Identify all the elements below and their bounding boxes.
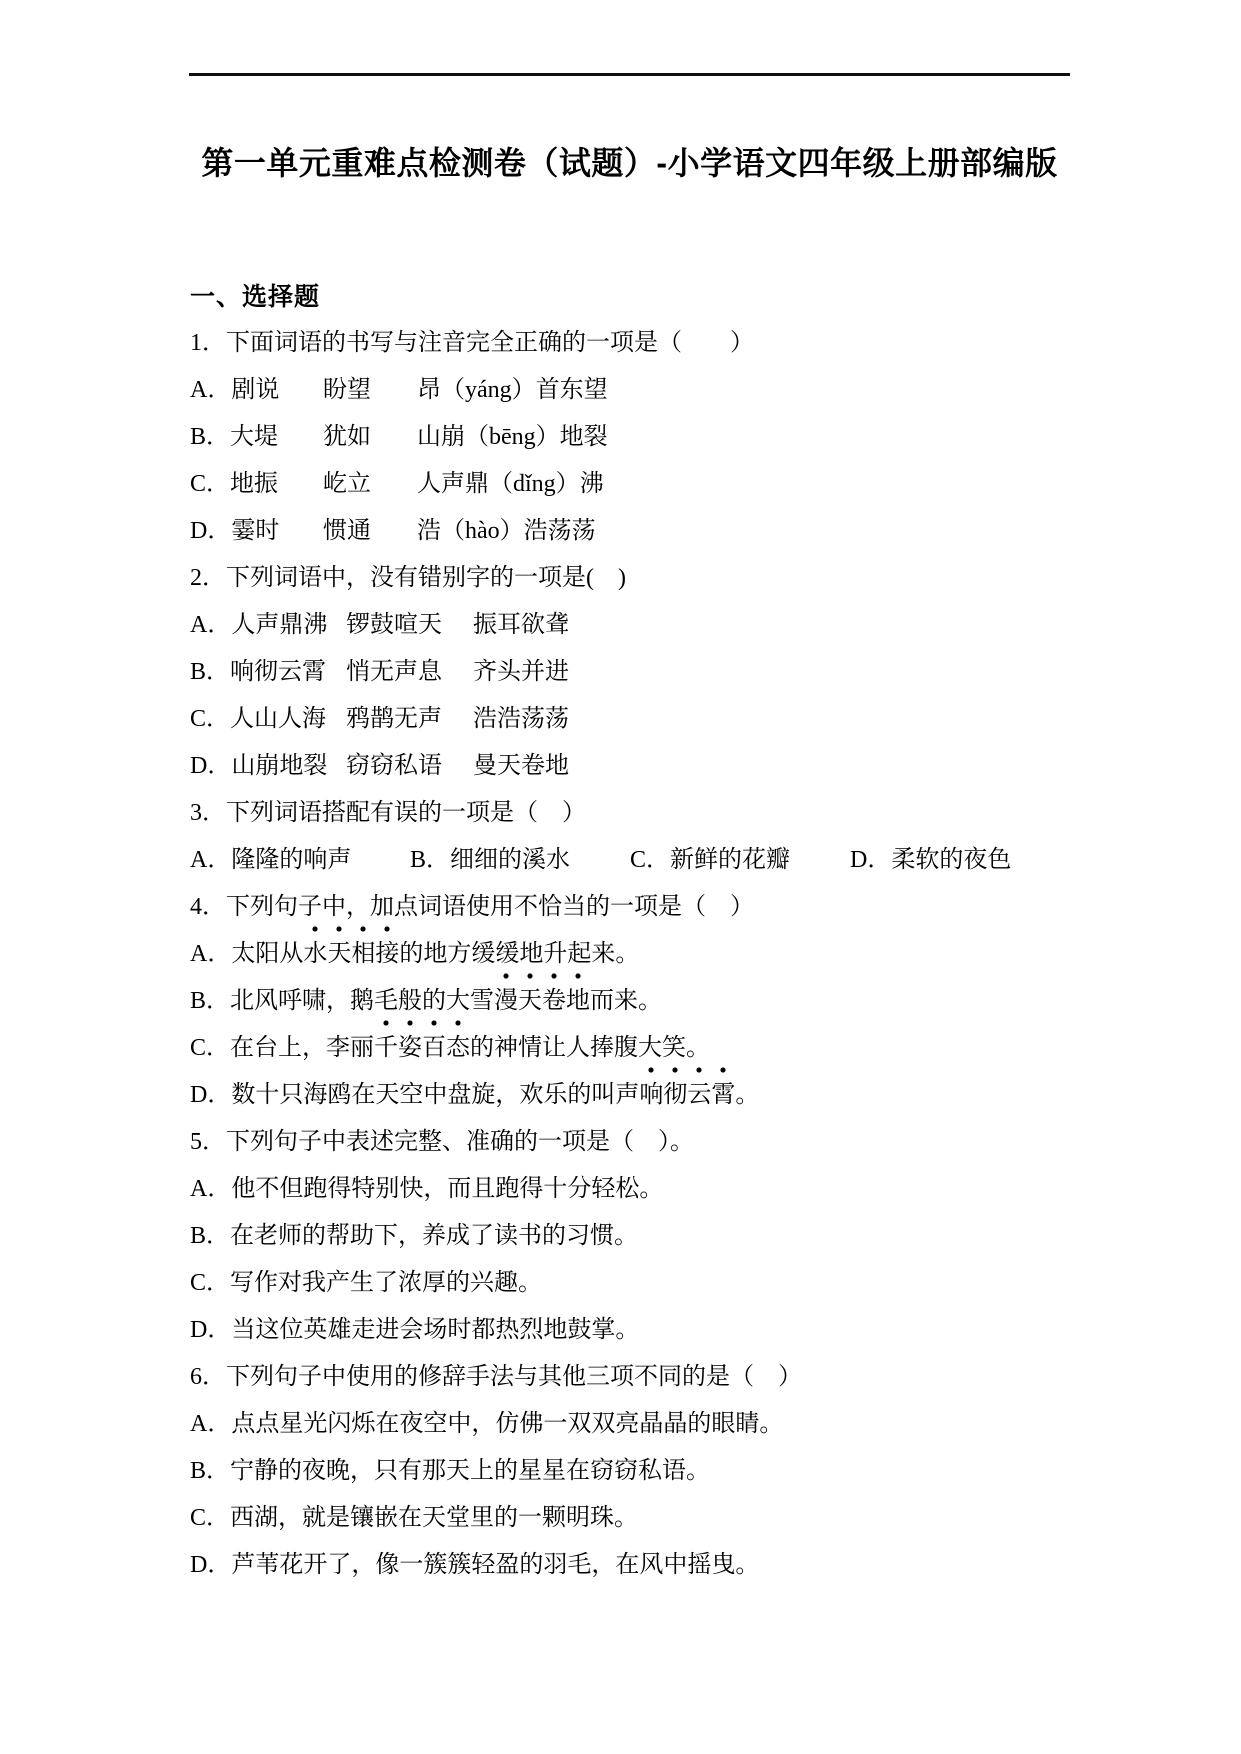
- emphasized-phrase: 千姿百态: [374, 1027, 470, 1062]
- option-word: C．新鲜的花瓣: [630, 839, 850, 874]
- q6-stem: 6．下列句子中使用的修辞手法与其他三项不同的是（ ）: [190, 1350, 1090, 1397]
- option-word: 曼天卷地: [473, 745, 569, 780]
- option-word: D．山崩地裂: [190, 745, 346, 780]
- q1-option-c: C．地振 屹立 人声鼎（dǐng）沸: [190, 457, 1090, 504]
- option-word: 昂（yáng）首东望: [417, 369, 608, 404]
- q1-option-b: B．大堤 犹如 山崩（bēng）地裂: [190, 410, 1090, 457]
- document-title: 第一单元重难点检测卷（试题）-小学语文四年级上册部编版: [189, 138, 1070, 188]
- option-word: 锣鼓喧天: [346, 604, 473, 639]
- option-word: B．大堤: [190, 416, 323, 451]
- option-word: 窃窃私语: [346, 745, 473, 780]
- q6-option-d: D．芦苇花开了，像一簇簇轻盈的羽毛，在风中摇曳。: [190, 1538, 1090, 1585]
- q3-options-row: A．隆隆的响声 B．细细的溪水 C．新鲜的花瓣 D．柔软的夜色: [190, 833, 1090, 880]
- option-word: 齐头并进: [473, 651, 569, 686]
- option-word: 屹立: [323, 463, 417, 498]
- option-word: 鸦鹊无声: [346, 698, 473, 733]
- option-text: 的神情让人捧腹大笑。: [470, 1027, 710, 1062]
- q1-option-a: A．剧说 盼望 昂（yáng）首东望: [190, 363, 1090, 410]
- q3-stem: 3．下列词语搭配有误的一项是（ ）: [190, 786, 1090, 833]
- q2-option-a: A．人声鼎沸 锣鼓喧天 振耳欲聋: [190, 598, 1090, 645]
- q6-option-b: B．宁静的夜晚，只有那天上的星星在窃窃私语。: [190, 1444, 1090, 1491]
- header-rule: [189, 73, 1070, 76]
- emphasized-phrase: 水天相接: [303, 933, 399, 968]
- option-word: A．隆隆的响声: [190, 839, 410, 874]
- q1-stem: 1．下面词语的书写与注音完全正确的一项是（ ）: [190, 316, 1090, 363]
- option-text: B．北风呼啸，鹅毛般的大雪: [190, 980, 494, 1015]
- option-text: 。: [735, 1074, 759, 1109]
- option-word: 浩浩荡荡: [473, 698, 569, 733]
- option-word: 振耳欲聋: [473, 604, 569, 639]
- q4-stem: 4．下列句子中，加点词语使用不恰当的一项是（ ）: [190, 880, 1090, 927]
- q4-option-a: A．太阳从水天相接的地方缓缓地升起来。: [190, 927, 1090, 974]
- option-word: 山崩（bēng）地裂: [417, 416, 608, 451]
- option-word: D．霎时: [190, 510, 323, 545]
- q1-option-d: D．霎时 惯通 浩（hào）浩荡荡: [190, 504, 1090, 551]
- option-word: A．人声鼎沸: [190, 604, 346, 639]
- q4-option-d: D．数十只海鸥在天空中盘旋，欢乐的叫声响彻云霄。: [190, 1068, 1090, 1115]
- q2-option-c: C．人山人海 鸦鹊无声 浩浩荡荡: [190, 692, 1090, 739]
- option-text: 而来。: [590, 980, 662, 1015]
- option-word: 盼望: [323, 369, 417, 404]
- emphasized-phrase: 漫天卷地: [494, 980, 590, 1015]
- option-word: B．响彻云霄: [190, 651, 346, 686]
- q4-option-b: B．北风呼啸，鹅毛般的大雪漫天卷地而来。: [190, 974, 1090, 1021]
- option-word: 浩（hào）浩荡荡: [417, 510, 596, 545]
- option-word: A．剧说: [190, 369, 323, 404]
- q5-option-c: C．写作对我产生了浓厚的兴趣。: [190, 1256, 1090, 1303]
- q2-stem: 2．下列词语中，没有错别字的一项是( ): [190, 551, 1090, 598]
- option-text: D．数十只海鸥在天空中盘旋，欢乐的叫声: [190, 1074, 639, 1109]
- document-body: 一、选择题 1．下面词语的书写与注音完全正确的一项是（ ） A．剧说 盼望 昂（…: [190, 274, 1090, 1585]
- option-word: D．柔软的夜色: [850, 839, 1070, 874]
- q5-stem: 5．下列句子中表述完整、准确的一项是（ ）。: [190, 1115, 1090, 1162]
- option-word: 惯通: [323, 510, 417, 545]
- option-text: A．太阳从: [190, 933, 303, 968]
- q2-option-b: B．响彻云霄 悄无声息 齐头并进: [190, 645, 1090, 692]
- option-word: 悄无声息: [346, 651, 473, 686]
- option-word: C．地振: [190, 463, 323, 498]
- q5-option-d: D．当这位英雄走进会场时都热烈地鼓掌。: [190, 1303, 1090, 1350]
- option-word: C．人山人海: [190, 698, 346, 733]
- option-word: 人声鼎（dǐng）沸: [417, 463, 604, 498]
- q5-option-b: B．在老师的帮助下，养成了读书的习惯。: [190, 1209, 1090, 1256]
- q6-option-c: C．西湖，就是镶嵌在天堂里的一颗明珠。: [190, 1491, 1090, 1538]
- option-word: 犹如: [323, 416, 417, 451]
- document-page: 第一单元重难点检测卷（试题）-小学语文四年级上册部编版 一、选择题 1．下面词语…: [0, 0, 1241, 1754]
- option-word: B．细细的溪水: [410, 839, 630, 874]
- q4-option-c: C．在台上，李丽千姿百态的神情让人捧腹大笑。: [190, 1021, 1090, 1068]
- section-heading: 一、选择题: [190, 274, 1090, 316]
- q5-option-a: A．他不但跑得特别快，而且跑得十分轻松。: [190, 1162, 1090, 1209]
- q6-option-a: A．点点星光闪烁在夜空中，仿佛一双双亮晶晶的眼睛。: [190, 1397, 1090, 1444]
- q2-option-d: D．山崩地裂 窃窃私语 曼天卷地: [190, 739, 1090, 786]
- emphasized-phrase: 响彻云霄: [639, 1074, 735, 1109]
- option-text: 的地方缓缓地升起来。: [399, 933, 639, 968]
- option-text: C．在台上，李丽: [190, 1027, 374, 1062]
